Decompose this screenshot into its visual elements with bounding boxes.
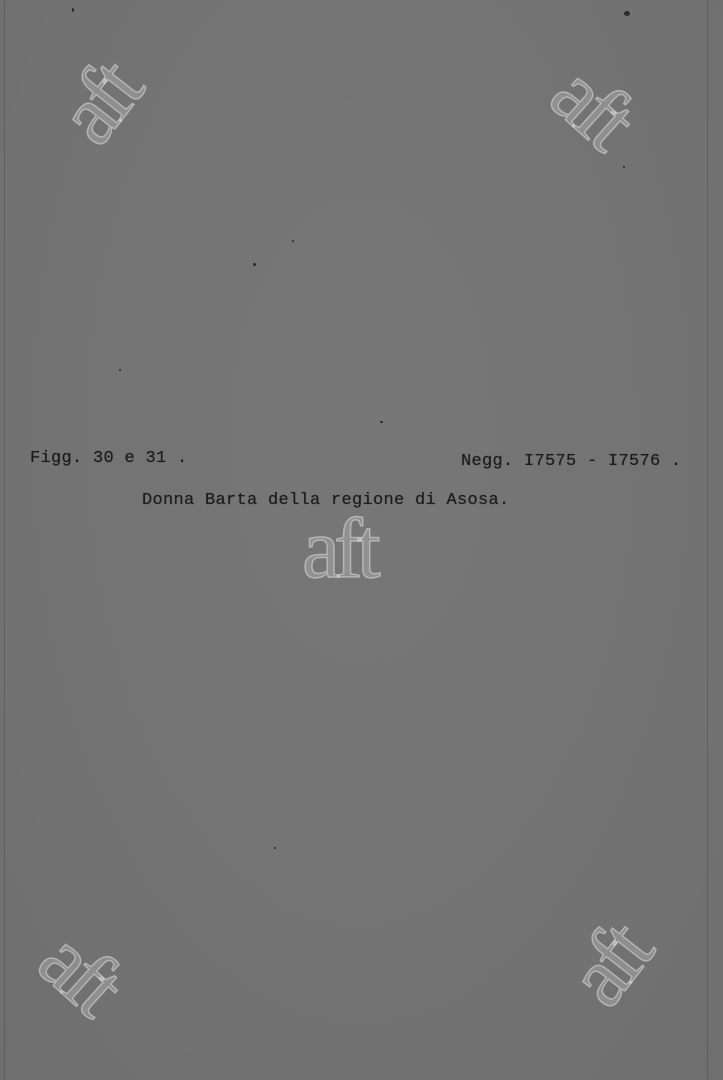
dust-speck	[623, 166, 625, 168]
watermark-bottom-left: aft	[25, 915, 137, 1028]
dust-speck	[380, 421, 383, 423]
dust-speck	[624, 11, 630, 16]
caption: Donna Barta della regione di Asosa.	[142, 491, 510, 510]
watermark-center: aft	[302, 505, 375, 591]
dust-speck	[72, 8, 74, 12]
negative-reference: Negg. I7575 - I7576 .	[461, 452, 682, 471]
dust-speck	[253, 263, 256, 266]
watermark-top-right: aft	[537, 49, 649, 162]
right-edge-line	[707, 0, 708, 1080]
left-edge-line	[4, 0, 5, 1080]
watermark-top-left: aft	[42, 48, 155, 158]
watermark-bottom-right: aft	[552, 910, 665, 1020]
dust-speck	[292, 240, 294, 242]
archive-card: aft aft aft aft aft Figg. 30 e 31 . Negg…	[0, 0, 723, 1080]
dust-speck	[119, 369, 121, 371]
figure-reference: Figg. 30 e 31 .	[30, 449, 188, 468]
dust-speck	[274, 847, 276, 849]
